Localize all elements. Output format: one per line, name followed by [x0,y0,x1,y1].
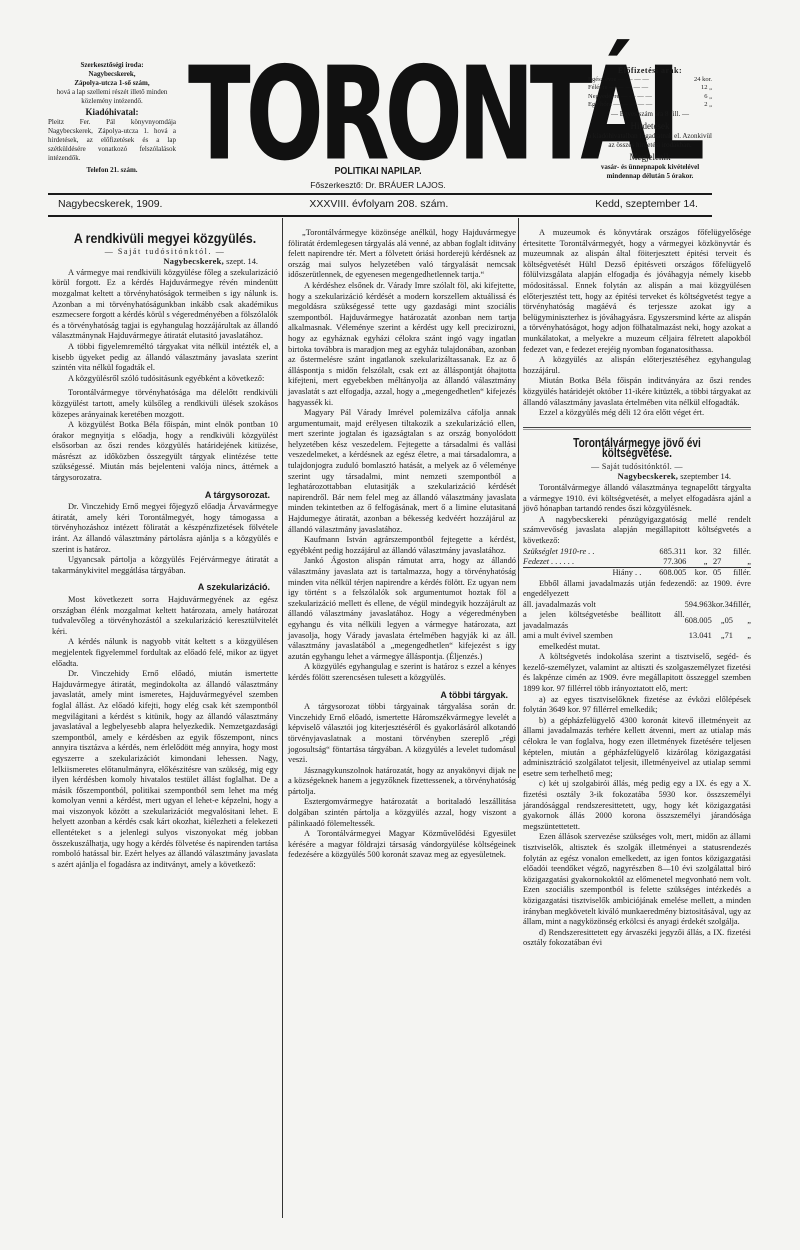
price-row: Félévre — — — — —12 „ [588,84,712,93]
paragraph: A kérdéshez elsőnek dr. Várady Imre szól… [288,281,516,408]
column-1: A rendkivüli megyei közgyülés. — Saját t… [52,228,278,870]
budget-row: Szükséglet 1910-re . .685.311kor.32fillé… [523,547,751,557]
article-title: Torontálvármegye jövő évi költségvetése. [548,438,726,459]
budget-row: áll. javadalmazás volt594.963kor.34fillé… [523,600,751,610]
paragraph: Dr. Vinczehidy Ernő megyei főjegyző előa… [52,502,278,555]
paragraph: Ezen állások szervezése szükséges volt, … [523,832,751,927]
paragraph: Miután Botka Béla főispán inditványára a… [523,376,751,408]
section-heading: A tárgysorozat. [52,490,270,501]
paragraph: Jankó Ágoston alispán rámutat arra, hogy… [288,556,516,662]
column-divider [518,218,519,778]
dateline-date: Kedd, szeptember 14. [595,198,698,210]
paragraph: Magyary Pál Várady Imrével polemizálva c… [288,408,516,535]
budget-row: Fedezet . . . . . .77.306„27„ [523,557,751,568]
article-separator [523,427,751,430]
dateline: Nagybecskerek, 1909. XXXVIII. évfolyam 2… [58,198,698,210]
article-byline: — Saját tudósitónktól. — [52,247,278,258]
quoted-resolution: „Torontálvármegye közönsége anélkül, hog… [288,228,516,281]
subscription-box: Előfizetési arak: Egész évre — — — —24 k… [588,67,712,180]
editor-in-chief: Főszerkesztő: Dr. BRÁUER LAJOS. [268,180,488,190]
list-item: d) Rendszeresittetett egy árvaszéki jegy… [523,928,751,949]
paragraph: Dr. Vinczehidy Ernő előadó, miután ismer… [52,669,278,870]
publication-heading: Megjelenik [588,151,712,163]
office-heading: Szerkesztőségi iroda: [48,61,176,70]
paragraph: A vármegye mai rendkivüli közgyülése fől… [52,268,278,342]
column-3: A muzeumok és könyvtárak országos főfelü… [523,228,751,949]
office-note: hová a lap szellemi részét illető minden… [48,88,176,106]
telephone: Telefon 21. szám. [48,166,176,175]
newspaper-page: Szerkesztőségi iroda: Nagybecskerek, Záp… [0,0,800,1250]
publisher-note: Pleitz Fer. Pál könyvnyomdája Nagybecske… [48,118,176,163]
office-city: Nagybecskerek, [48,70,176,79]
dateline-issue: XXXVIII. évfolyam 208. szám. [309,198,448,210]
paragraph: Ugyancsak pártolja a közgyülés Fejérvárm… [52,555,278,576]
paragraph: A többi figyelemreméltó tárgyakat vita n… [52,342,278,374]
article-title: A rendkivüli megyei közgyülés. [66,233,265,244]
article-dateline: Nagybecskerek, szeptember 14. [523,472,751,483]
budget-row-deficit: Hiány . .608.005kor.05fillér. [523,568,751,579]
paragraph: A közgyülést Botka Béla főispán, mint el… [52,420,278,484]
ads-note: a kiadóhivatalban fogadtatnak el. Azonki… [588,132,712,149]
price-row: Egy hóra — — — — —2 „ [588,101,712,110]
budget-row: a jelen költségvetésbe beállitott áll. j… [523,610,751,631]
paragraph: A kérdés nálunk is nagyobb vitát keltett… [52,637,278,669]
paragraph: A közgyülés az alispán előterjesztéséhez… [523,355,751,376]
section-heading: A többi tárgyak. [288,690,508,701]
paragraph: A tárgysorozat többi tárgyainak tárgyalá… [288,702,516,766]
article-dateline: Nagybecskerek, szept. 14. [52,257,278,268]
budget-table: Szükséglet 1910-re . .685.311kor.32fillé… [523,547,751,579]
masthead-subtitle: POLITIKAI NAPILAP. Főszerkesztő: Dr. BRÁ… [268,165,488,190]
dateline-place: Nagybecskerek, 1909. [58,198,162,210]
political-daily-label: POLITIKAI NAPILAP. [285,165,472,177]
paragraph: A Torontálvármegyei Magyar Közművelődési… [288,829,516,861]
column-2: „Torontálvármegye közönsége anélkül, hog… [288,228,516,861]
list-item: a) az egyes tisztviselőknek fizetése az … [523,695,751,716]
section-heading: A szekularizáció. [52,582,270,593]
paragraph: A közgyülés egyhangulag e szerint is hat… [288,662,516,683]
ads-heading: Hirdetések [588,120,712,132]
paragraph: Ebből állami javadalmazás utján fedezend… [523,579,751,600]
newspaper-logo: TORONTÁL [188,55,516,182]
editorial-office-box: Szerkesztőségi iroda: Nagybecskerek, Záp… [48,61,176,175]
masthead-rule-top [48,193,712,195]
office-address: Zápolya-utcza 1-ső szám, [48,79,176,88]
masthead-rule-bottom [48,215,712,217]
budget-row: ami a mult évivel szemben13.041„71„ [523,631,751,641]
list-item: c) két uj szolgabirói állás, még pedig e… [523,779,751,832]
subsidy-table: áll. javadalmazás volt594.963kor.34fillé… [523,600,751,642]
publication-note: vasár- és ünnepnapok kivételével mindenn… [588,163,712,180]
paragraph: Kaufmann István agrárszempontból fejtege… [288,535,516,556]
list-item: b) a gépházfelügyelő 4300 koronát kitevő… [523,716,751,780]
masthead: Szerkesztőségi iroda: Nagybecskerek, Záp… [48,55,712,195]
paragraph: A muzeumok és könyvtárak országos főfelü… [523,228,751,355]
publisher-heading: Kiadóhivatal: [48,106,176,118]
paragraph: emelkedést mutat. [523,642,751,653]
article-byline: — Saját tudósitónktól. — [523,462,751,473]
column-divider [282,218,283,1218]
paragraph: Most következett sorra Hajduvármegyének … [52,595,278,637]
paragraph: Torontálvármegye törvényhatósága ma déle… [52,388,278,420]
subscription-heading: Előfizetési arak: [588,67,712,76]
paragraph: Esztergomvármegye határozatát a boritala… [288,797,516,829]
paragraph: Ezzel a közgyülés még déli 12 óra előtt … [523,408,751,419]
single-copy-price: — Egyes szám ára 8 fill. — [588,110,712,119]
paragraph: A költségvetés indokolása szerint a tisz… [523,652,751,694]
paragraph: A nagybecskereki pénzügyigazgatóság mell… [523,515,751,547]
price-row: Negyedévre — — — —6 „ [588,93,712,102]
price-row: Egész évre — — — —24 kor. [588,76,712,85]
paragraph: Jásznagykunszolnok határozatát, hogy az … [288,766,516,798]
paragraph: A közgyülésről szóló tudósitásunk egyébk… [52,374,278,385]
paragraph: Torontálvármegye állandó választmánya te… [523,483,751,515]
